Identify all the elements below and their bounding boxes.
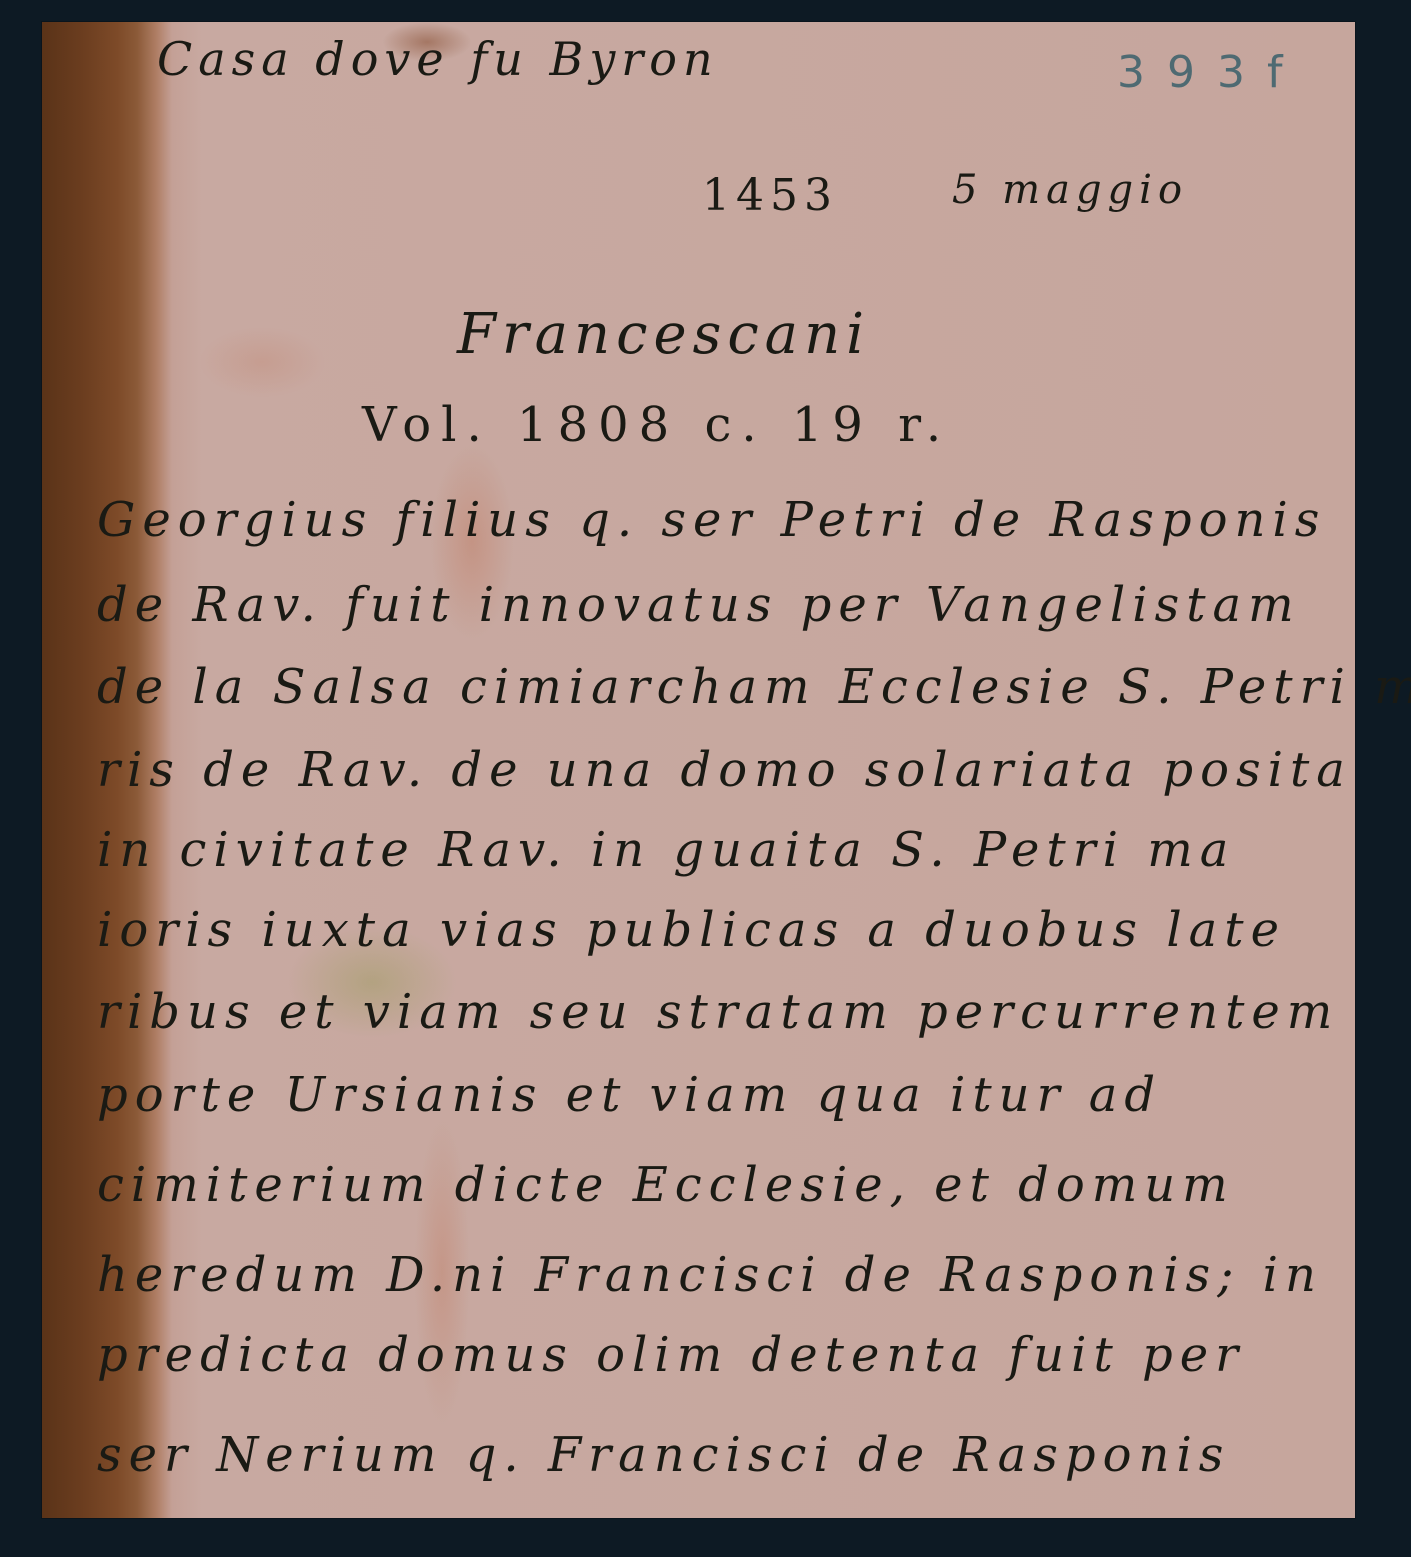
body-line: predicta domus olim detenta fuit per	[97, 1327, 1245, 1383]
body-line: ribus et viam seu stratam percurrentem	[97, 984, 1339, 1040]
body-line: heredum D.ni Francisci de Rasponis; in	[97, 1247, 1323, 1303]
body-line: ioris iuxta vias publicas a duobus late	[97, 902, 1286, 958]
header-title: Casa dove fu Byron	[157, 32, 719, 86]
body-line: ser Nerium q. Francisci de Rasponis	[97, 1427, 1230, 1483]
date-year: 1453	[702, 170, 838, 221]
body-line: cimiterium dicte Ecclesie, et domum	[97, 1157, 1235, 1213]
source-collection-title: Francescani	[457, 302, 870, 367]
body-line: Georgius filius q. ser Petri de Rasponis	[97, 492, 1326, 548]
body-line: in civitate Rav. in guaita S. Petri ma	[97, 822, 1235, 878]
manuscript-sheet: Casa dove fu Byron 3 9 3 f 1453 5 maggio…	[42, 22, 1355, 1518]
body-line: de la Salsa cimiarcham Ecclesie S. Petri…	[97, 659, 1411, 715]
volume-reference: Vol. 1808 c. 19 r.	[362, 397, 951, 453]
date-day-month: 5 maggio	[952, 167, 1188, 213]
body-line: de Rav. fuit innovatus per Vangelistam	[97, 577, 1301, 633]
body-line: porte Ursianis et viam qua itur ad	[97, 1067, 1162, 1123]
body-line: ris de Rav. de una domo solariata posita	[97, 742, 1352, 798]
archive-reference-number: 3 9 3 f	[1117, 47, 1286, 98]
